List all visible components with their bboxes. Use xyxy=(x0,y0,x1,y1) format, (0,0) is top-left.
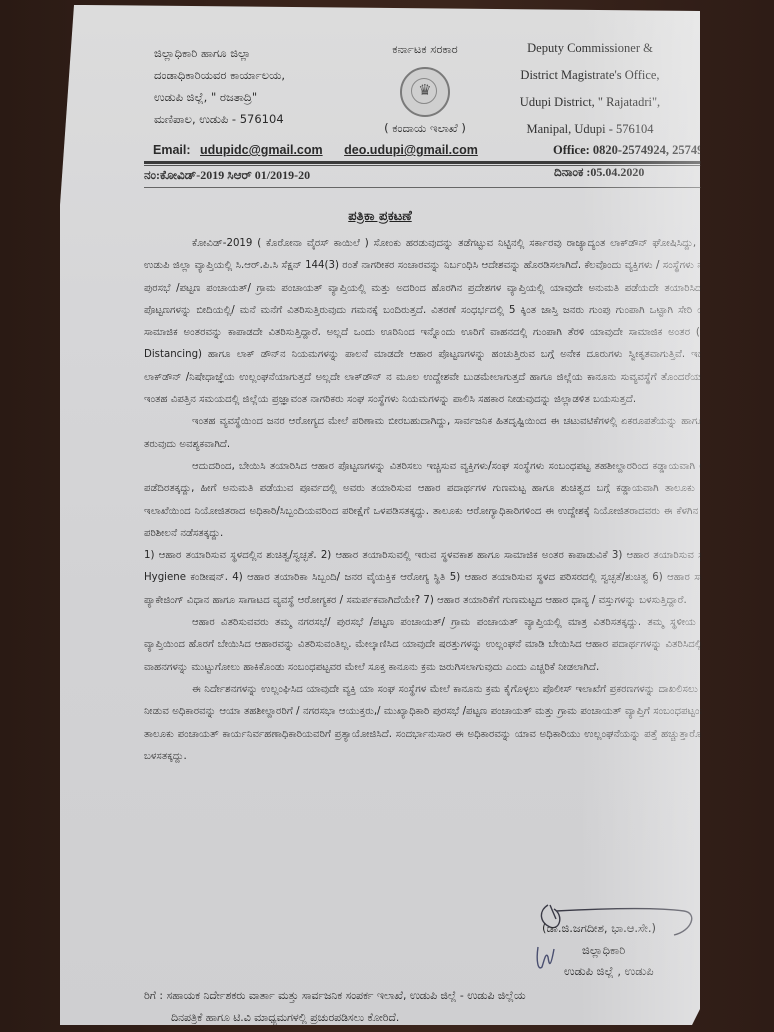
signatory-designation: ಜಿಲ್ಲಾಧಿಕಾರಿ xyxy=(582,943,625,958)
copy-to-line: ದಿನಪತ್ರಿಕೆ ಹಾಗೂ ಟಿ.ವಿ ಮಾಧ್ಯಮಗಳಲ್ಲಿ ಪ್ರಚು… xyxy=(144,1007,734,1029)
office-phone: Office: 0820-2574924, 2574925 xyxy=(553,143,716,158)
address-line: Udupi District, " Rajatadri", xyxy=(490,89,690,116)
address-line: ದಂಡಾಧಿಕಾರಿಯವರ ಕಾರ್ಯಾಲಯ, xyxy=(154,64,285,86)
paragraph: ಇಂತಹ ವ್ಯವಸ್ಥೆಯಿಂದ ಜನರ ಆರೋಗ್ಯದ ಮೇಲೆ ಪರಿಣಾ… xyxy=(144,411,730,456)
reference-row: ನಂ:ಕೋವಿಡ್-2019 ಸಿಆರ್ 01/2019-20 ದಿನಾಂಕ :… xyxy=(144,168,734,183)
initials-icon xyxy=(534,941,556,981)
paragraph: ಕೋವಿಡ್-2019 ( ಕೊರೋನಾ ವೈರಸ್ ಕಾಯಿಲೆ ) ಸೋಂಕ… xyxy=(144,233,730,411)
inspection-points: 1) ಆಹಾರ ತಯಾರಿಸುವ ಸ್ಥಳದಲ್ಲಿನ ಶುಚಿತ್ವ/ಸ್ವಚ… xyxy=(144,545,730,612)
email-label: Email: xyxy=(153,143,191,157)
address-line: ಉಡುಪಿ ಜಿಲ್ಲೆ, " ರಜತಾದ್ರಿ" xyxy=(154,86,285,108)
address-line: ಜಿಲ್ಲಾಧಿಕಾರಿ ಹಾಗೂ ಜಿಲ್ಲಾ xyxy=(154,42,285,64)
document-date: ದಿನಾಂಕ :05.04.2020 xyxy=(554,165,644,180)
email-link-udupidc[interactable]: udupidc@gmail.com xyxy=(200,143,323,157)
government-name: ಕರ್ನಾಟಕ ಸರಕಾರ xyxy=(370,42,480,57)
reference-number: ನಂ:ಕೋವಿಡ್-2019 ಸಿಆರ್ 01/2019-20 xyxy=(144,168,310,182)
header-divider xyxy=(144,161,728,164)
copy-to-section: ರಿಗೆ : ಸಹಾಯಕ ನಿರ್ದೇಶಕರು ವಾರ್ತಾ ಮತ್ತು ಸಾರ… xyxy=(144,985,734,1029)
letterhead-english-address: Deputy Commissioner & District Magistrat… xyxy=(490,35,690,143)
address-line: Manipal, Udupi - 576104 xyxy=(490,116,690,143)
address-line: ಮಣಿಪಾಲ, ಉಡುಪಿ - 576104 xyxy=(154,108,285,130)
letterhead-kannada-address: ಜಿಲ್ಲಾಧಿಕಾರಿ ಹಾಗೂ ಜಿಲ್ಲಾ ದಂಡಾಧಿಕಾರಿಯವರ ಕ… xyxy=(154,42,285,130)
contact-row: Email: udupidc@gmail.com deo.udupi@gmail… xyxy=(153,143,728,157)
document-body: ಕೋವಿಡ್-2019 ( ಕೊರೋನಾ ವೈರಸ್ ಕಾಯಿಲೆ ) ಸೋಂಕ… xyxy=(144,233,730,768)
copy-to-line: ರಿಗೆ : ಸಹಾಯಕ ನಿರ್ದೇಶಕರು ವಾರ್ತಾ ಮತ್ತು ಸಾರ… xyxy=(144,985,734,1007)
paragraph: ಈ ನಿರ್ದೇಶನಗಳನ್ನು ಉಲ್ಲಂಘಿಸಿದ ಯಾವುದೇ ವ್ಯಕ್… xyxy=(144,679,730,768)
address-line: Deputy Commissioner & xyxy=(490,35,690,62)
paragraph: ಆಹಾರ ವಿತರಿಸುವವರು ತಮ್ಮ ನಗರಸಭೆ/ ಪುರಸಭೆ /ಪಟ… xyxy=(144,612,730,679)
paragraph: ಆದುದರಿಂದ, ಬೇಯಿಸಿ ತಯಾರಿಸಿದ ಆಹಾರ ಪೊಟ್ಟಣಗಳನ… xyxy=(144,456,730,545)
signatory-name: (ಡಾ.ಜಿ.ಜಗದೀಶ, ಭಾ.ಆ.ಸೇ.) xyxy=(542,921,656,936)
email-link-deo[interactable]: deo.udupi@gmail.com xyxy=(344,143,478,157)
reference-divider xyxy=(144,187,734,188)
signatory-place: ಉಡುಪಿ ಜಿಲ್ಲೆ , ಉಡುಪಿ xyxy=(564,964,654,979)
letterhead-center: ಕರ್ನಾಟಕ ಸರಕಾರ ( ಕಂದಾಯ ಇಲಾಖೆ ) xyxy=(370,42,480,136)
document-title: ಪತ್ರಿಕಾ ಪ್ರಕಟಣೆ xyxy=(60,209,700,224)
press-release-document: ಜಿಲ್ಲಾಧಿಕಾರಿ ಹಾಗೂ ಜಿಲ್ಲಾ ದಂಡಾಧಿಕಾರಿಯವರ ಕ… xyxy=(60,5,700,1025)
department-name: ( ಕಂದಾಯ ಇಲಾಖೆ ) xyxy=(370,121,480,136)
address-line: District Magistrate's Office, xyxy=(490,62,690,89)
karnataka-emblem-icon xyxy=(400,67,450,117)
